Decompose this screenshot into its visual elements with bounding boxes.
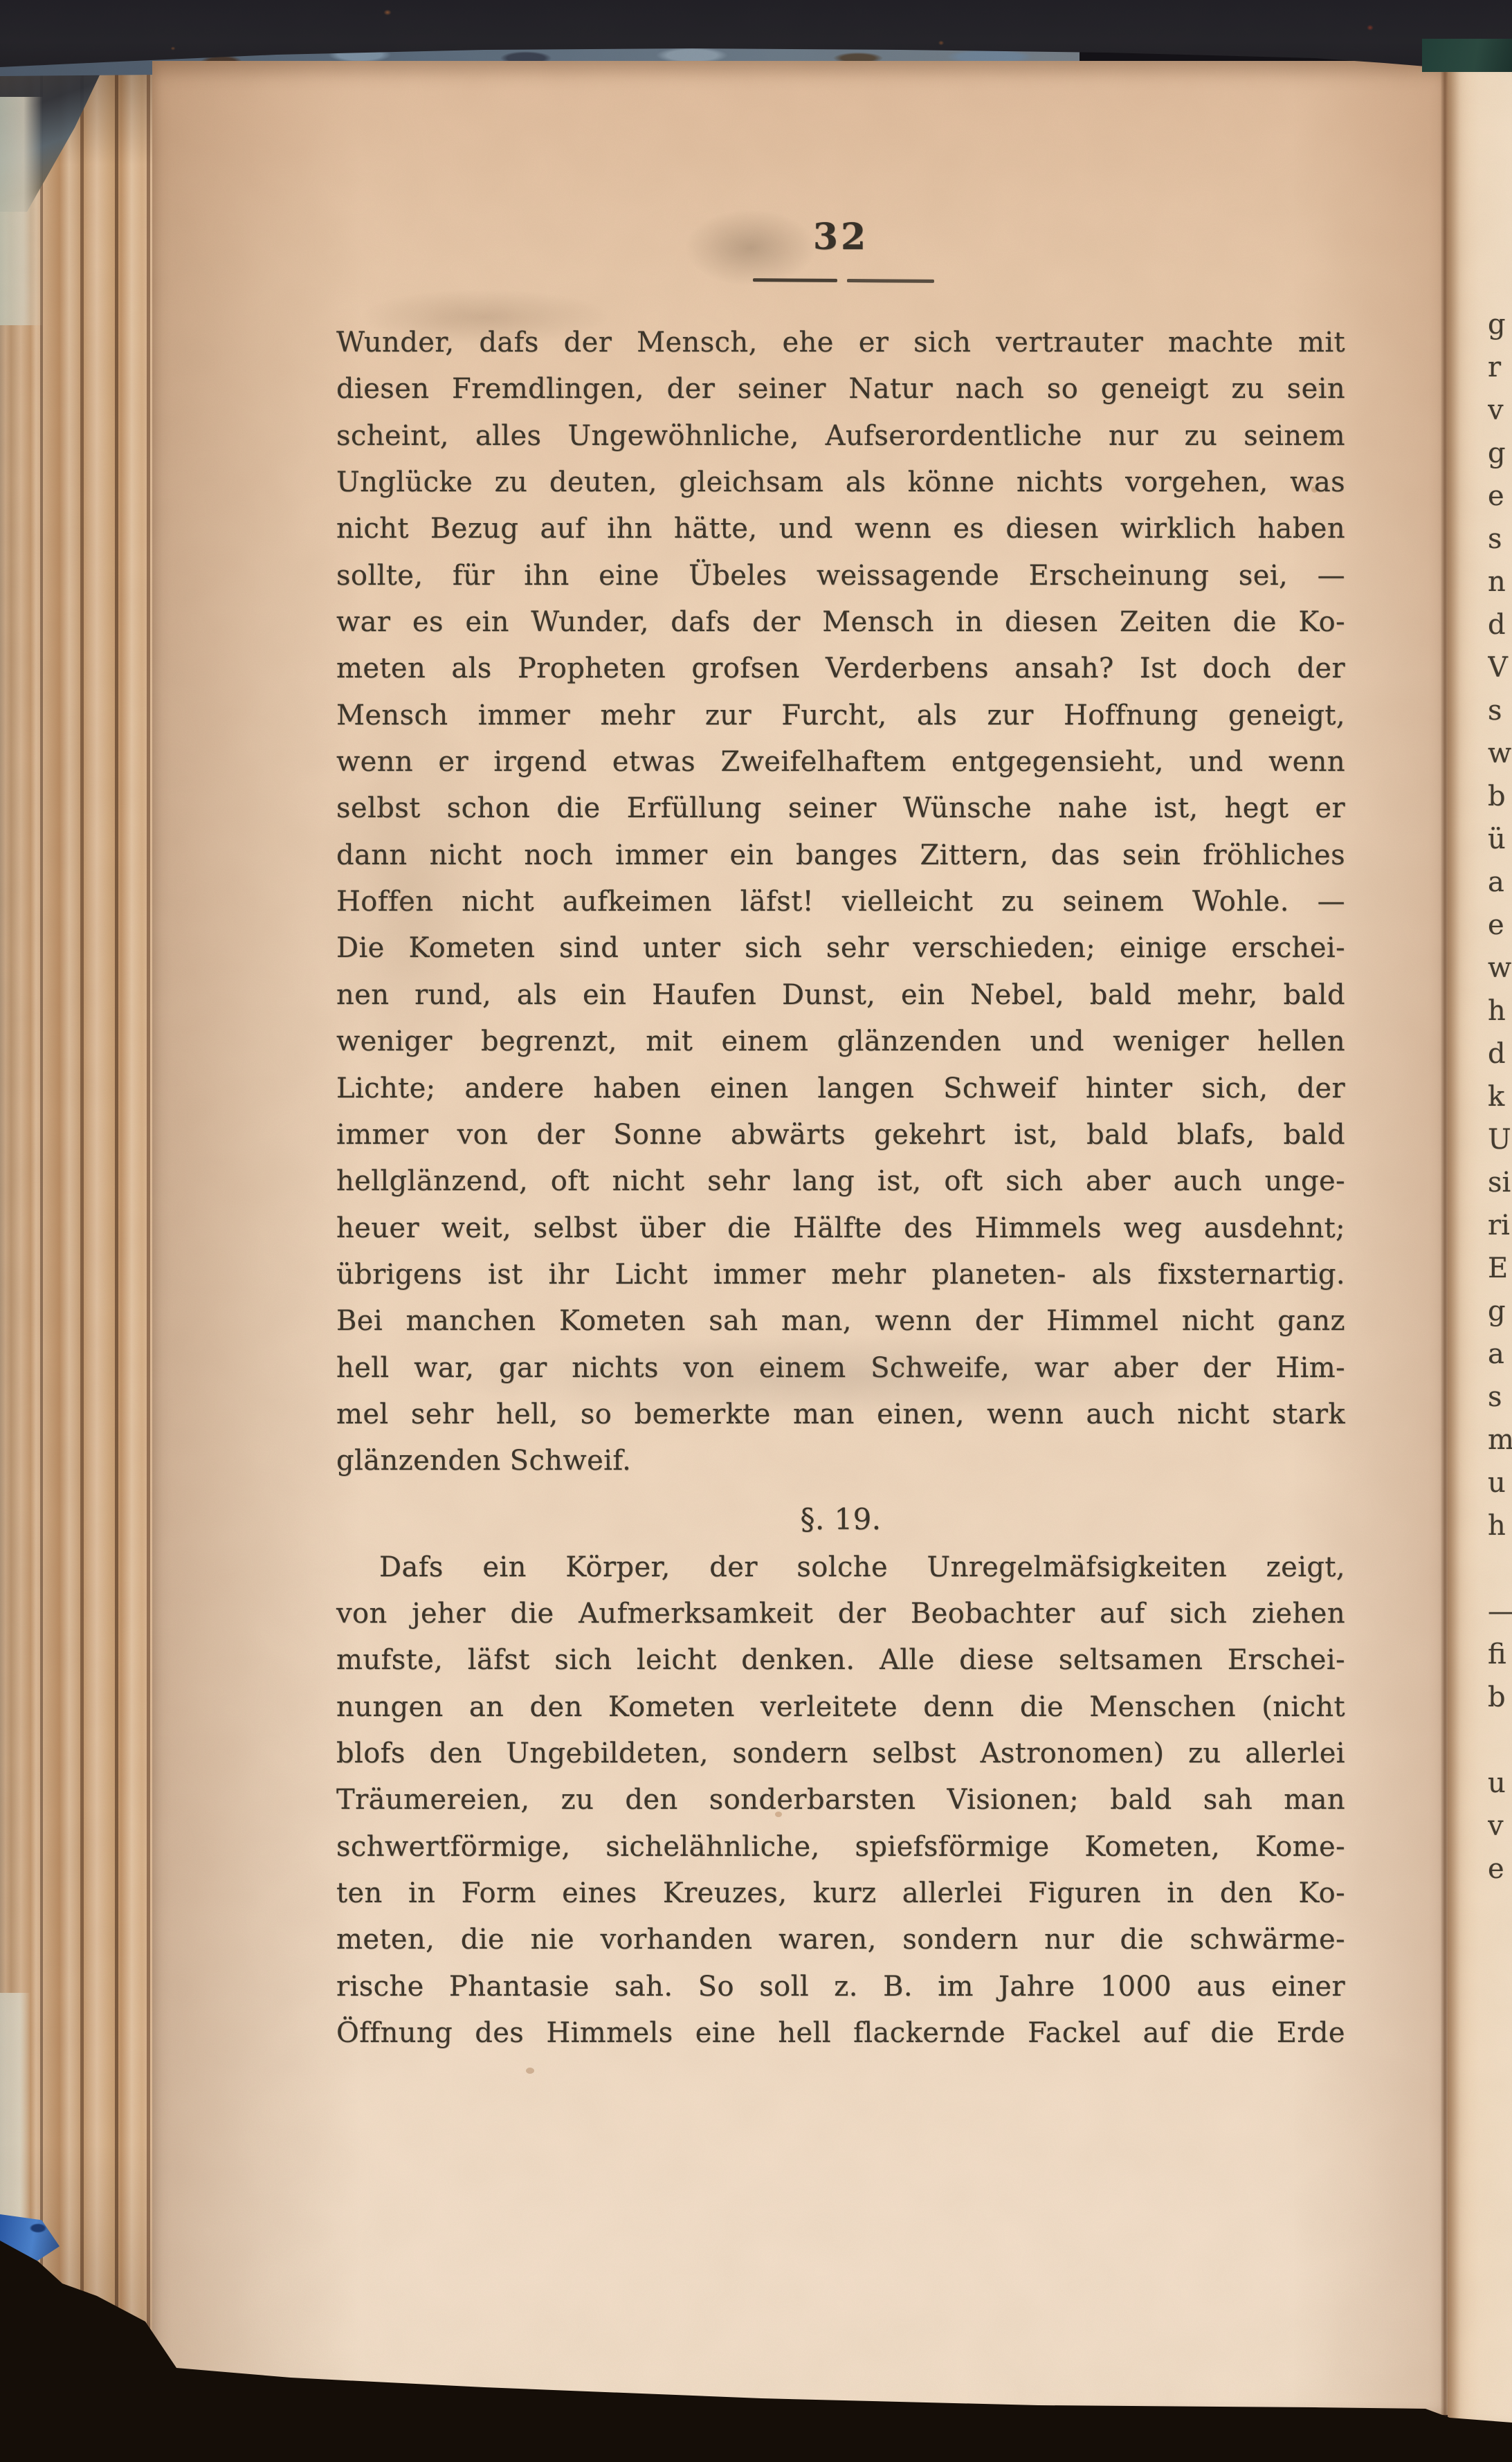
facing-page-fragment: r xyxy=(1488,346,1512,389)
text-line: diesen Fremdlingen, der seiner Natur nac… xyxy=(336,366,1345,412)
facing-page-fragment: d xyxy=(1488,603,1512,646)
facing-page-fragment: h xyxy=(1488,1504,1512,1547)
text-line: hellglänzend, oft nicht sehr lang ist, o… xyxy=(336,1158,1345,1205)
text-line: übrigens ist ihr Licht immer mehr planet… xyxy=(336,1252,1345,1298)
text-line: scheint, alles Ungewöhnliche, Aufserorde… xyxy=(336,413,1345,459)
text-line: Bei manchen Kometen sah man, wenn der Hi… xyxy=(336,1298,1345,1344)
text-line: sollte, für ihn eine Übeles weissagende … xyxy=(336,553,1345,599)
text-line: meten, die nie vorhanden waren, sondern … xyxy=(336,1917,1345,1963)
text-line: Wunder, dafs der Mensch, ehe er sich ver… xyxy=(336,320,1345,366)
paragraph-section-19: Dafs ein Körper, der solche Unregelmäfsi… xyxy=(336,1544,1345,2057)
facing-page-fragment: u xyxy=(1488,1762,1512,1805)
facing-page-fragment xyxy=(1488,1719,1512,1762)
facing-page-fragment: g xyxy=(1488,432,1512,475)
facing-page-fragment: s xyxy=(1488,689,1512,732)
text-line: ten in Form eines Kreuzes, kurz allerlei… xyxy=(336,1870,1345,1917)
facing-page-fragment: U xyxy=(1488,1118,1512,1161)
text-line: Dafs ein Körper, der solche Unregelmäfsi… xyxy=(336,1544,1345,1591)
text-line: mufste, läfst sich leicht denken. Alle d… xyxy=(336,1637,1345,1684)
facing-page-fragment: s xyxy=(1488,518,1512,560)
facing-page-fragment: w xyxy=(1488,732,1512,775)
text-line: dann nicht noch immer ein banges Zittern… xyxy=(336,832,1345,879)
text-line: heuer weit, selbst über die Hälfte des H… xyxy=(336,1205,1345,1252)
text-line: rische Phantasie sah. So soll z. B. im J… xyxy=(336,1964,1345,2010)
facing-page-fragment: e xyxy=(1488,1848,1512,1890)
text-line: schwertförmige, sichelähnliche, spiefsfö… xyxy=(336,1824,1345,1870)
text-line: Die Kometen sind unter sich sehr verschi… xyxy=(336,925,1345,972)
text-line: meten als Propheten grofsen Verderbens a… xyxy=(336,646,1345,692)
text-line: nicht Bezug auf ihn hätte, und wenn es d… xyxy=(336,506,1345,552)
facing-page-text-fragments: grvgesndVswbüaewhdkUsiriEgasmuh —fib uve xyxy=(1488,303,1512,1908)
facing-page-fragment: n xyxy=(1488,560,1512,603)
fox-spot xyxy=(526,2068,534,2074)
text-line: wenn er irgend etwas Zweifelhaftem entge… xyxy=(336,739,1345,785)
facing-page-fragment: v xyxy=(1488,389,1512,432)
facing-page-fragment: d xyxy=(1488,1032,1512,1075)
facing-page-fragment: s xyxy=(1488,1376,1512,1419)
facing-page-fragment: e xyxy=(1488,904,1512,947)
facing-page-fragment xyxy=(1488,1547,1512,1590)
text-line: glänzenden Schweif. xyxy=(336,1438,1345,1484)
page-fold-crease xyxy=(1441,64,1448,2416)
facing-page-fragment: V xyxy=(1488,646,1512,689)
text-line: nen rund, als ein Haufen Dunst, ein Nebe… xyxy=(336,972,1345,1019)
facing-page-fragment: fi xyxy=(1488,1633,1512,1676)
facing-page-fragment: w xyxy=(1488,947,1512,990)
facing-page-fragment: ri xyxy=(1488,1204,1512,1247)
text-line: selbst schon die Erfüllung seiner Wünsch… xyxy=(336,785,1345,832)
facing-page-fragment: u xyxy=(1488,1461,1512,1504)
text-line: Öffnung des Himmels eine hell flackernde… xyxy=(336,2010,1345,2057)
book-scan: grvgesndVswbüaewhdkUsiriEgasmuh —fib uve… xyxy=(0,0,1512,2462)
paragraph-kometen-beschreibung: Wunder, dafs der Mensch, ehe er sich ver… xyxy=(336,320,1345,1485)
facing-page-fragment: m xyxy=(1488,1419,1512,1461)
text-line: war es ein Wunder, dafs der Mensch in di… xyxy=(336,599,1345,646)
section-heading: §. 19. xyxy=(336,1497,1345,1542)
text-line: Träumereien, zu den sonderbarsten Vision… xyxy=(336,1777,1345,1823)
facing-page-fragment: v xyxy=(1488,1805,1512,1848)
pale-paper-edge xyxy=(0,97,43,325)
facing-page-fragment: k xyxy=(1488,1075,1512,1118)
text-line: Unglücke zu deuten, gleichsam als könne … xyxy=(336,459,1345,506)
rule-segment-left xyxy=(753,278,837,282)
facing-page-fragment: g xyxy=(1488,1290,1512,1333)
text-line: mel sehr hell, so bemerkte man einen, we… xyxy=(336,1392,1345,1438)
text-line: immer von der Sonne abwärts gekehrt ist,… xyxy=(336,1112,1345,1158)
facing-page-fragment: E xyxy=(1488,1247,1512,1290)
text-line: von jeher die Aufmerksamkeit der Beobach… xyxy=(336,1591,1345,1637)
facing-page-fragment: b xyxy=(1488,1676,1512,1719)
page-text: Wunder, dafs der Mensch, ehe er sich ver… xyxy=(336,320,1345,2057)
facing-page-fragment: e xyxy=(1488,475,1512,518)
page-number: 32 xyxy=(336,216,1345,258)
text-line: hell war, gar nichts von einem Schweife,… xyxy=(336,1345,1345,1392)
facing-page-fragment: h xyxy=(1488,990,1512,1032)
rule-segment-right xyxy=(847,279,934,283)
text-line: blofs den Ungebildeten, sondern selbst A… xyxy=(336,1731,1345,1777)
text-line: Lichte; andere haben einen langen Schwei… xyxy=(336,1066,1345,1112)
facing-page-fragment: b xyxy=(1488,775,1512,818)
cover-teal-edge xyxy=(1422,39,1512,72)
facing-page-fragment: a xyxy=(1488,861,1512,904)
facing-page-fragment: g xyxy=(1488,303,1512,346)
text-line: Hoffen nicht aufkeimen läfst! vielleicht… xyxy=(336,879,1345,925)
facing-page-fragment: ü xyxy=(1488,818,1512,861)
facing-page-fragment: — xyxy=(1488,1590,1512,1633)
facing-page-fragment: a xyxy=(1488,1333,1512,1376)
gray-green-page-edge xyxy=(0,1993,30,2232)
text-line: nungen an den Kometen verleitete denn di… xyxy=(336,1684,1345,1731)
text-line: Mensch immer mehr zur Furcht, als zur Ho… xyxy=(336,693,1345,739)
text-line: weniger begrenzt, mit einem glänzenden u… xyxy=(336,1019,1345,1065)
facing-page-fragment: si xyxy=(1488,1161,1512,1204)
